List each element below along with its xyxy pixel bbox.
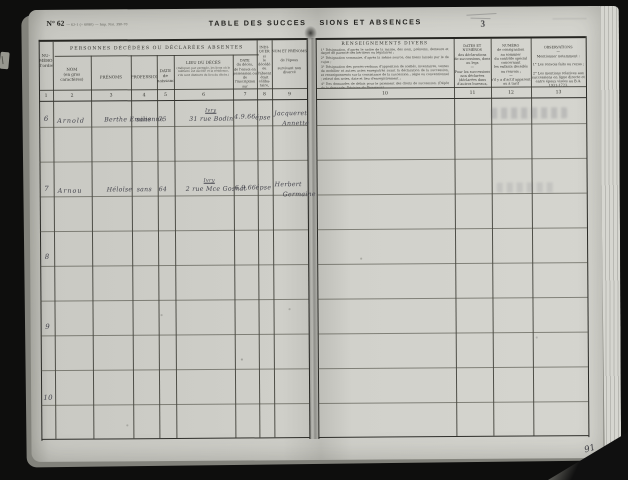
entry-number: 10 xyxy=(41,394,55,402)
colnum-11: 11 xyxy=(454,89,491,98)
renseignements-title: RENSEIGNEMENTS DIVERS xyxy=(321,41,449,47)
form-reference: — 62-1 (+ 6080) — Imp. Nat. 390-70 xyxy=(66,22,127,26)
renseignements-paragraph: 4° Des demandes de délais pour le paieme… xyxy=(321,82,449,88)
entry-epoux-prenom: Annette xyxy=(282,120,309,127)
entry-number: 6 xyxy=(39,115,53,123)
entry-lieu-commune: Ivry xyxy=(204,178,215,184)
scanned-register-page: N° 62 — 62-1 (+ 6080) — Imp. Nat. 390-70… xyxy=(0,0,628,480)
body-ruling-right xyxy=(316,97,588,437)
colnum-5: 5 xyxy=(157,91,174,100)
header-col-observations: OBSERVATIONS — Mentionner notamment : 1°… xyxy=(531,42,586,86)
entry-nom: Arnold xyxy=(57,117,85,125)
page-number-stamp: 3 xyxy=(480,19,485,29)
form-number-text: N° 62 xyxy=(46,19,64,28)
entry-prenoms: Berthe Emilienne xyxy=(104,116,164,123)
entry-number: 8 xyxy=(40,253,54,261)
header-col-prenoms: PRÉNOMS xyxy=(91,71,131,89)
header-col-numero: NU- MÉRO d'ordre xyxy=(39,50,53,90)
colnum-13: 13 xyxy=(531,88,586,97)
header-col-etat-civil: INDI-QUER si le décédé ou l'absent était… xyxy=(257,42,272,88)
colnum-8: 8 xyxy=(257,90,272,99)
header-col-nom: NOM (en gros caractères) xyxy=(53,64,91,90)
entry-profession: sans xyxy=(136,116,151,123)
entry-number: 9 xyxy=(41,323,55,331)
colnum-6: 6 xyxy=(174,91,233,100)
faded-stamp xyxy=(491,107,567,119)
header-col-lieu-deces: LIEU DU DÉCÈS (Indiquer, par exemple, le… xyxy=(174,57,233,89)
dust-specks xyxy=(28,10,30,12)
page-title-left: TABLE DES SUCCES xyxy=(178,18,306,28)
header-col-date-naissance: DATE de naissance xyxy=(157,65,174,89)
entry-epoux-prenom: Germaine xyxy=(283,191,316,198)
margin-tag xyxy=(0,52,10,70)
entry-number: 7 xyxy=(40,185,54,193)
entry-date-deces: 6.9.66 xyxy=(235,184,257,191)
faded-stamp xyxy=(497,182,557,192)
pencil-mark xyxy=(553,18,587,19)
colnum-9: 9 xyxy=(272,90,307,99)
colnum-1: 1 xyxy=(39,92,53,101)
entry-date-naissance: 75 xyxy=(158,116,167,123)
header-col-numero-consignation: NUMÉRO de consignation au sommier du con… xyxy=(491,40,531,86)
colnum-2: 2 xyxy=(53,92,91,101)
header-col-epoux: NOM ET PRÉNOMS de l'époux survivant non … xyxy=(272,46,307,88)
colnum-4: 4 xyxy=(131,91,157,100)
entry-epoux: Herbert xyxy=(275,181,302,188)
colnum-3: 3 xyxy=(91,91,131,100)
entry-date-deces: 4.9.66 xyxy=(234,113,256,120)
pencil-mark xyxy=(466,13,496,16)
entry-lieu-adresse: 31 rue Bodin xyxy=(189,116,233,123)
entry-etat-civil: épse xyxy=(255,114,271,121)
lieu-deces-note: (Indiquer, par exemple, les lieux où le … xyxy=(174,67,233,77)
header-group-title: PERSONNES DÉCÉDÉES OU DÉCLARÉES ABSENTES xyxy=(55,42,259,55)
entry-nom: Arnou xyxy=(58,187,83,195)
entry-epoux: Jacqueret xyxy=(274,110,307,117)
colnum-10: 10 xyxy=(316,89,454,99)
entry-etat-civil: épse xyxy=(256,184,272,191)
header-renseignements-divers: RENSEIGNEMENTS DIVERS 1° Désignation, d'… xyxy=(316,39,454,88)
entry-date-naissance: 64 xyxy=(159,186,168,193)
entry-profession: sans xyxy=(137,186,152,193)
header-col-dates-declarations: DATES ET NUMÉROS des déclarations de suc… xyxy=(454,41,491,87)
header-col-profession: PROFESSION xyxy=(131,71,157,89)
header-col-date-deces: DATE du décès, de l'envoi en possession … xyxy=(233,55,257,88)
register-sheet: N° 62 — 62-1 (+ 6080) — Imp. Nat. 390-70… xyxy=(28,6,603,462)
colnum-7: 7 xyxy=(233,90,257,99)
page-title-right: SIONS ET ABSENCES xyxy=(319,17,421,27)
entry-lieu-commune: Ivry xyxy=(205,108,216,114)
lieu-deces-title: LIEU DU DÉCÈS xyxy=(186,60,221,65)
renseignements-paragraph: 3° Désignation des procès-verbaux d'appo… xyxy=(321,65,449,82)
form-number: N° 62 — 62-1 (+ 6080) — Imp. Nat. 390-70 xyxy=(46,18,127,28)
colnum-12: 12 xyxy=(491,88,531,97)
entry-prenoms: Héloïse xyxy=(107,186,133,193)
body-ruling-left xyxy=(39,99,309,439)
